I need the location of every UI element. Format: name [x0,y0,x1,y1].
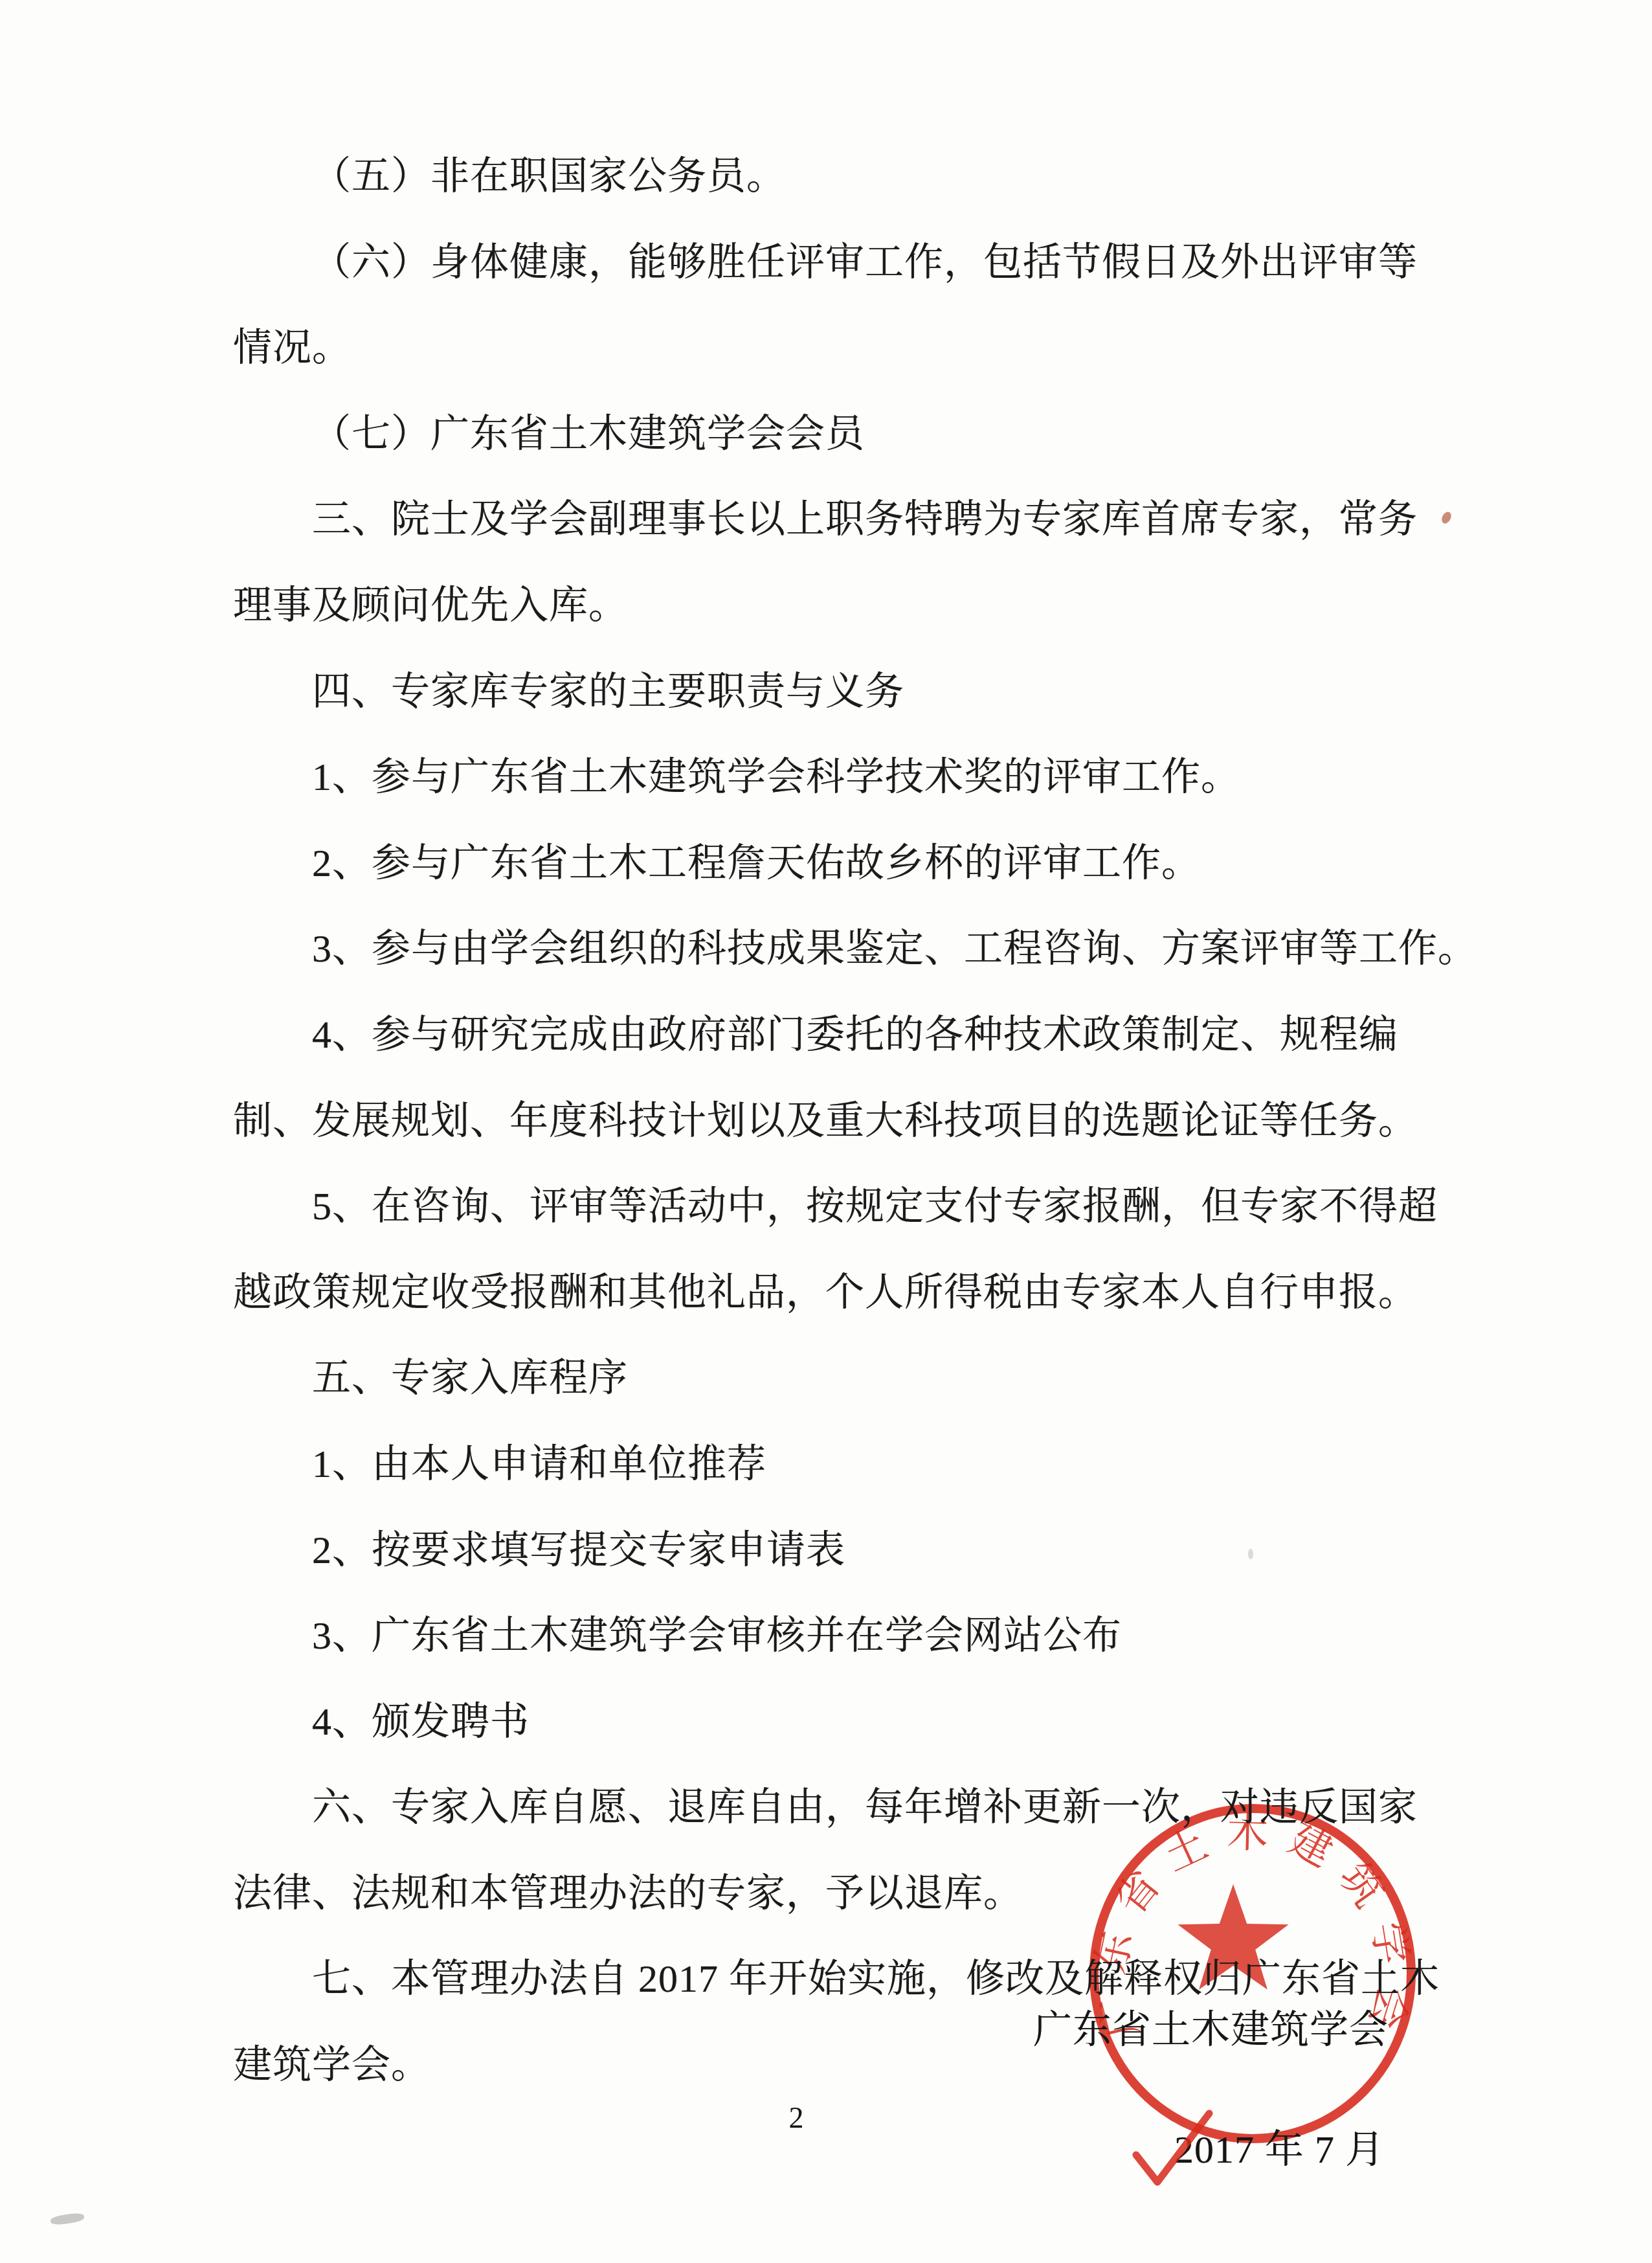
document-line: 3、广东省土木建筑学会审核并在学会网站公布 [233,1593,1424,1679]
document-line: 1、由本人申请和单位推荐 [233,1421,1424,1507]
document-line: 三、院士及学会副理事长以上职务特聘为专家库首席专家，常务 [233,477,1424,563]
document-line: 1、参与广东省土木建筑学会科学技术奖的评审工作。 [233,734,1424,820]
document-line: 五、专家入库程序 [233,1335,1424,1421]
document-line: 4、参与研究完成由政府部门委托的各种技术政策制定、规程编 [233,992,1424,1078]
document-line: 四、专家库专家的主要职责与义务 [233,649,1424,735]
document-line: 2、按要求填写提交专家申请表 [233,1507,1424,1593]
scan-speck [1440,510,1453,525]
document-line: 六、专家入库自愿、退库自由，每年增补更新一次，对违反国家 [233,1764,1424,1851]
document-line: （五）非在职国家公务员。 [233,133,1424,220]
document-line: （六）身体健康，能够胜任评审工作，包括节假日及外出评审等 [233,220,1424,306]
document-line: 法律、法规和本管理办法的专家，予以退库。 [233,1851,1424,1937]
document-line: 4、颁发聘书 [233,1679,1424,1765]
document-line: （七）广东省土木建筑学会会员 [233,391,1424,477]
document-line: 越政策规定收受报酬和其他礼品，个人所得税由专家本人自行申报。 [233,1250,1424,1336]
document-line: 5、在咨询、评审等活动中，按规定支付专家报酬，但专家不得超 [233,1164,1424,1250]
check-mark-icon [1126,2104,1223,2201]
document-body: （五）非在职国家公务员。（六）身体健康，能够胜任评审工作，包括节假日及外出评审等… [233,133,1424,2108]
document-line: 理事及顾问优先入库。 [233,563,1424,649]
document-line: 2、参与广东省土木工程詹天佑故乡杯的评审工作。 [233,820,1424,906]
signature-organization: 广东省土木建筑学会 [1033,2009,1389,2051]
page-number: 2 [744,2100,848,2135]
document-line: 制、发展规划、年度科技计划以及重大科技项目的选题论证等任务。 [233,1078,1424,1164]
document-line: 3、参与由学会组织的科技成果鉴定、工程咨询、方案评审等工作。 [233,906,1424,992]
scan-smudge [50,2212,84,2225]
document-line: 情况。 [233,305,1424,391]
